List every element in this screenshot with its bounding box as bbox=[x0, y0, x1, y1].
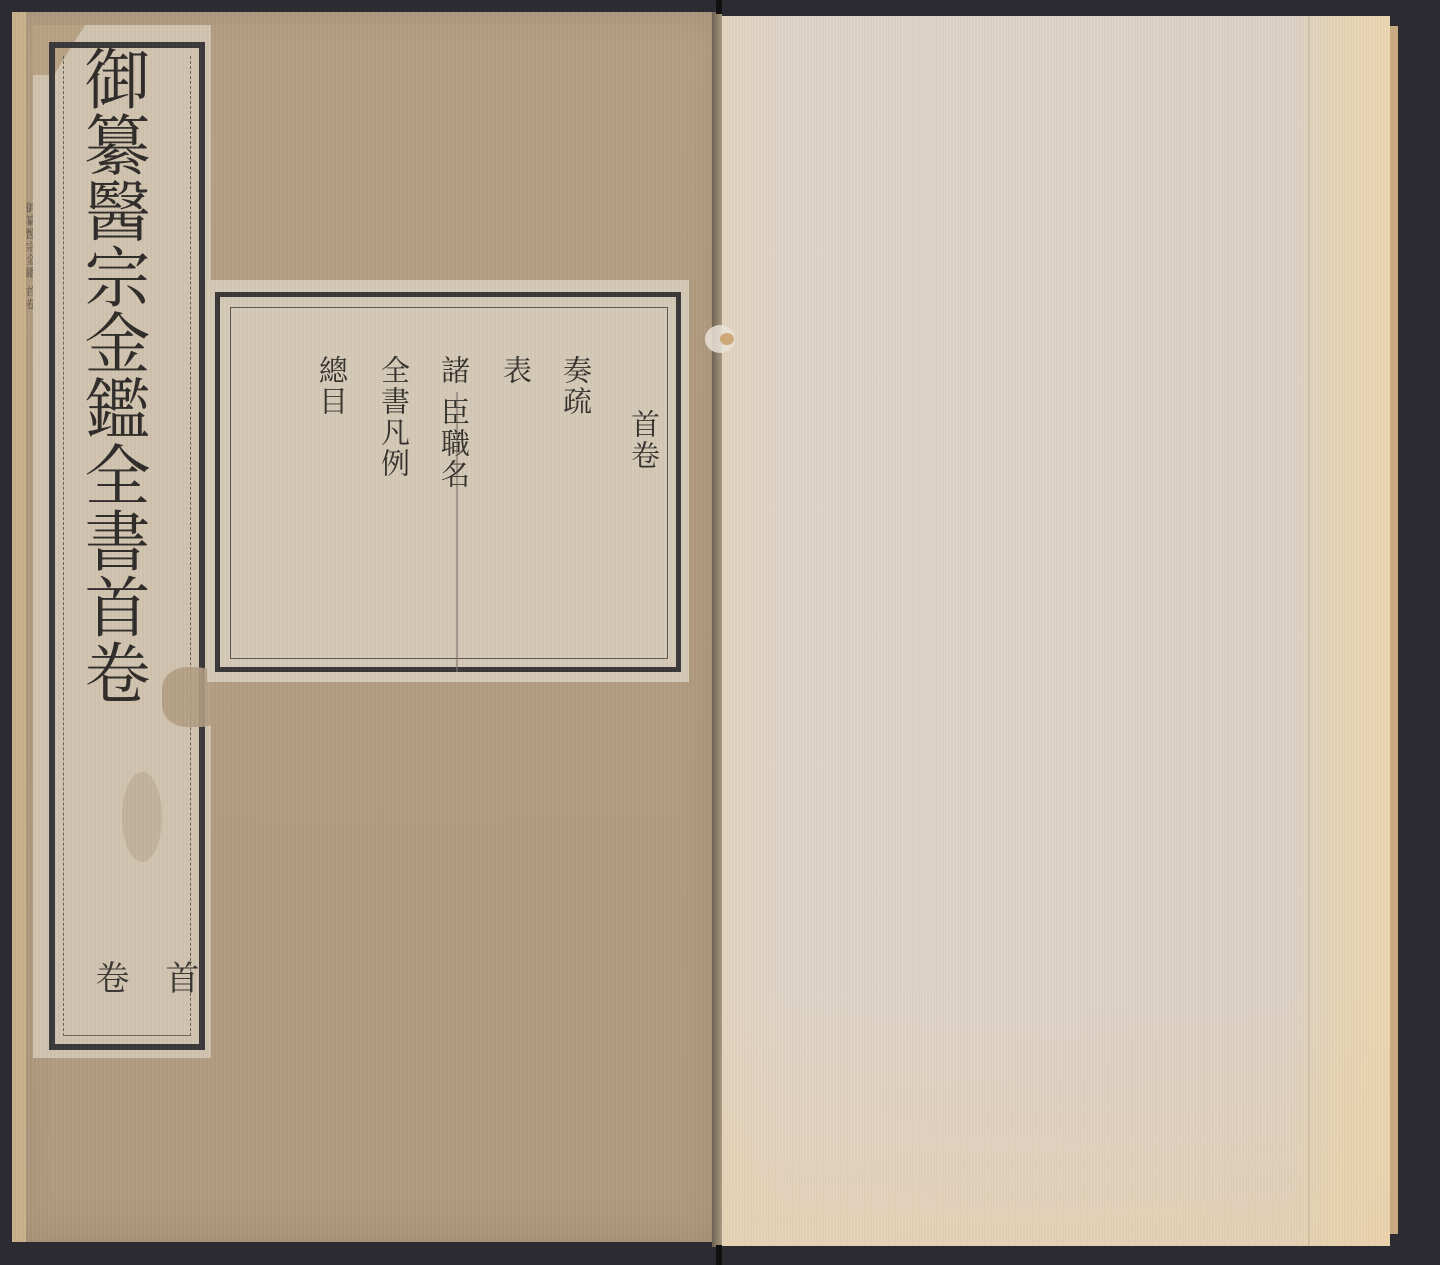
water-stain-secondary bbox=[122, 772, 162, 862]
spine-partial-text: 御纂醫宗金鑑 首卷 bbox=[26, 202, 38, 312]
title-slip: 御纂醫宗金鑑全書首卷 首 卷 bbox=[33, 25, 211, 1058]
gutter-shadow-bottom bbox=[716, 1245, 722, 1265]
water-stain bbox=[162, 667, 232, 727]
paper-crack bbox=[456, 392, 458, 672]
toc-item: 諸 臣職名 bbox=[438, 355, 470, 490]
title-inner-rule bbox=[63, 56, 191, 1036]
toc-item: 表 bbox=[500, 355, 532, 386]
toc-item: 奏疏 bbox=[560, 355, 592, 417]
toc-item: 首卷 bbox=[628, 409, 660, 471]
flyleaf-fold-line bbox=[1308, 16, 1310, 1246]
volume-label-second: 卷 bbox=[85, 960, 134, 994]
toc-item: 全書凡例 bbox=[378, 355, 410, 479]
book-cover: 御纂醫宗金鑑 首卷 御纂醫宗金鑑全書首卷 首 卷 首卷 奏疏 表 諸 臣職名 全… bbox=[12, 12, 718, 1242]
gutter-shadow-top bbox=[716, 0, 722, 14]
blank-flyleaf bbox=[722, 16, 1390, 1246]
contents-frame: 首卷 奏疏 表 諸 臣職名 全書凡例 總目 bbox=[215, 292, 681, 672]
torn-corner bbox=[33, 25, 85, 75]
book-title: 御纂醫宗金鑑全書首卷 bbox=[69, 45, 153, 705]
contents-inner-rule bbox=[230, 307, 668, 659]
toc-item: 總目 bbox=[316, 355, 348, 417]
glue-stain bbox=[720, 333, 734, 345]
title-frame bbox=[49, 42, 205, 1050]
spine-strip bbox=[12, 12, 26, 1242]
binding-gutter bbox=[712, 12, 722, 1247]
contents-label: 首卷 奏疏 表 諸 臣職名 全書凡例 總目 bbox=[207, 280, 689, 682]
scanned-page: 御纂醫宗金鑑 首卷 御纂醫宗金鑑全書首卷 首 卷 首卷 奏疏 表 諸 臣職名 全… bbox=[0, 0, 1440, 1265]
volume-label-first: 首 bbox=[155, 960, 204, 994]
flyleaf-edge bbox=[1390, 26, 1398, 1234]
